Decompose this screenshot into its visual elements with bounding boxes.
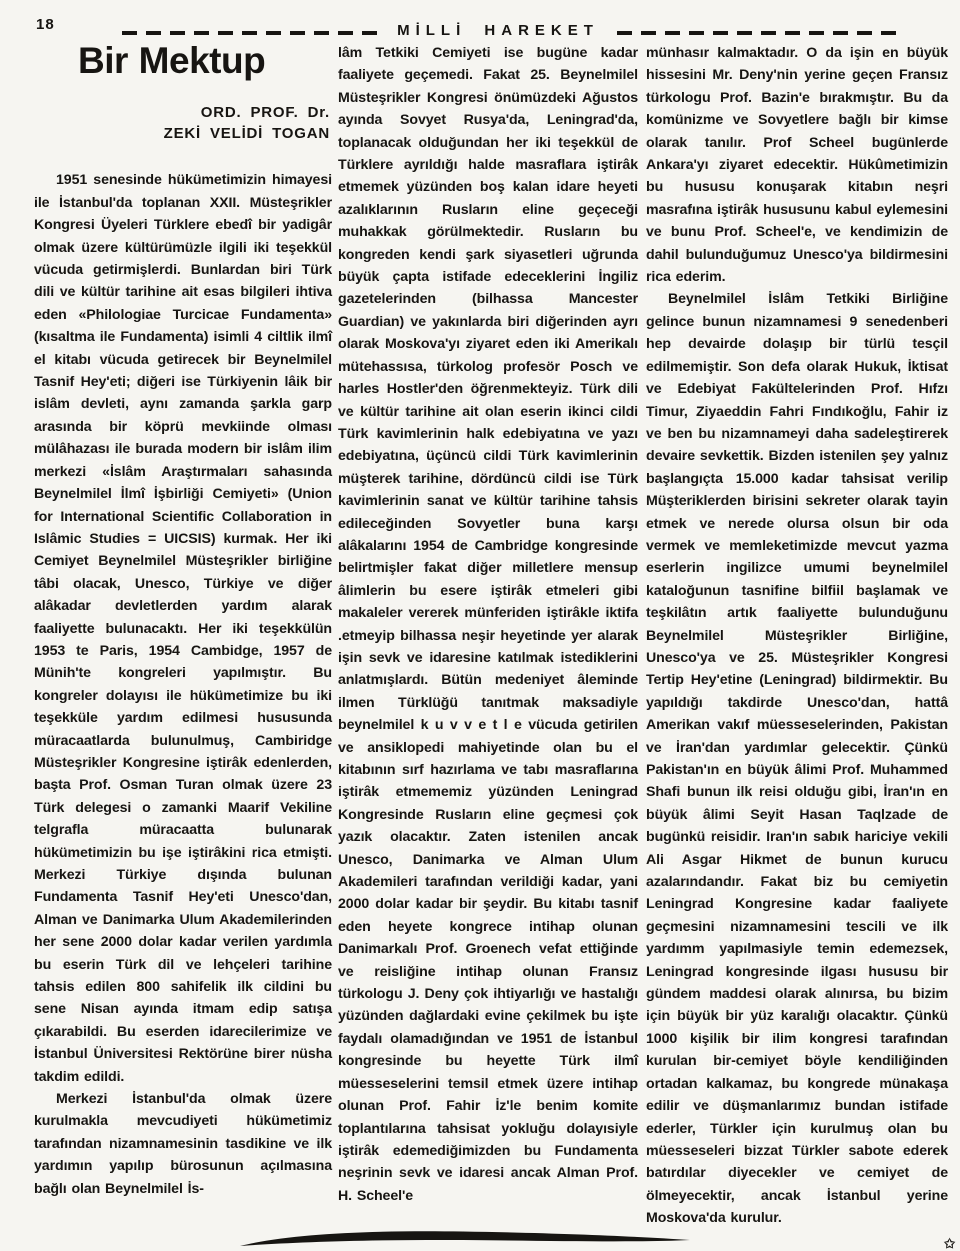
column-right: münhasır kalmaktadır. O da işin en büyük…: [646, 42, 948, 1230]
byline: ORD. PROF. Dr. ZEKİ VELİDİ TOGAN: [34, 102, 332, 144]
dashed-rule-left: [122, 31, 378, 35]
column-middle: lâm Tetkiki Cemiyeti ise bugüne kadar fa…: [338, 42, 638, 1207]
masthead-title: MİLLİ HAREKET: [385, 22, 611, 39]
article-paragraph: lâm Tetkiki Cemiyeti ise bugüne kadar fa…: [338, 42, 638, 1207]
article-paragraph: münhasır kalmaktadır. O da işin en büyük…: [646, 42, 948, 288]
column-left: Bir Mektup ORD. PROF. Dr. ZEKİ VELİDİ TO…: [34, 42, 332, 1200]
article-paragraph: Merkezi İstanbul'da olmak üzere kurulmak…: [34, 1088, 332, 1200]
document-page: 18 MİLLİ HAREKET Bir Mektup ORD. PROF. D…: [0, 0, 960, 1251]
dashed-rule-right: [617, 31, 903, 35]
article-title: Bir Mektup: [78, 50, 332, 72]
article-paragraph: 1951 senesinde hükümetimizin himayesi il…: [34, 169, 332, 1088]
byline-line-1: ORD. PROF. Dr.: [34, 102, 330, 123]
ink-stroke: [238, 1227, 693, 1249]
page-number: 18: [36, 16, 55, 33]
article-paragraph: Beynelmilel İslâm Tetkiki Birliğine geli…: [646, 288, 948, 1229]
corner-star-icon: ✩: [944, 1236, 955, 1251]
byline-line-2: ZEKİ VELİDİ TOGAN: [34, 123, 330, 144]
